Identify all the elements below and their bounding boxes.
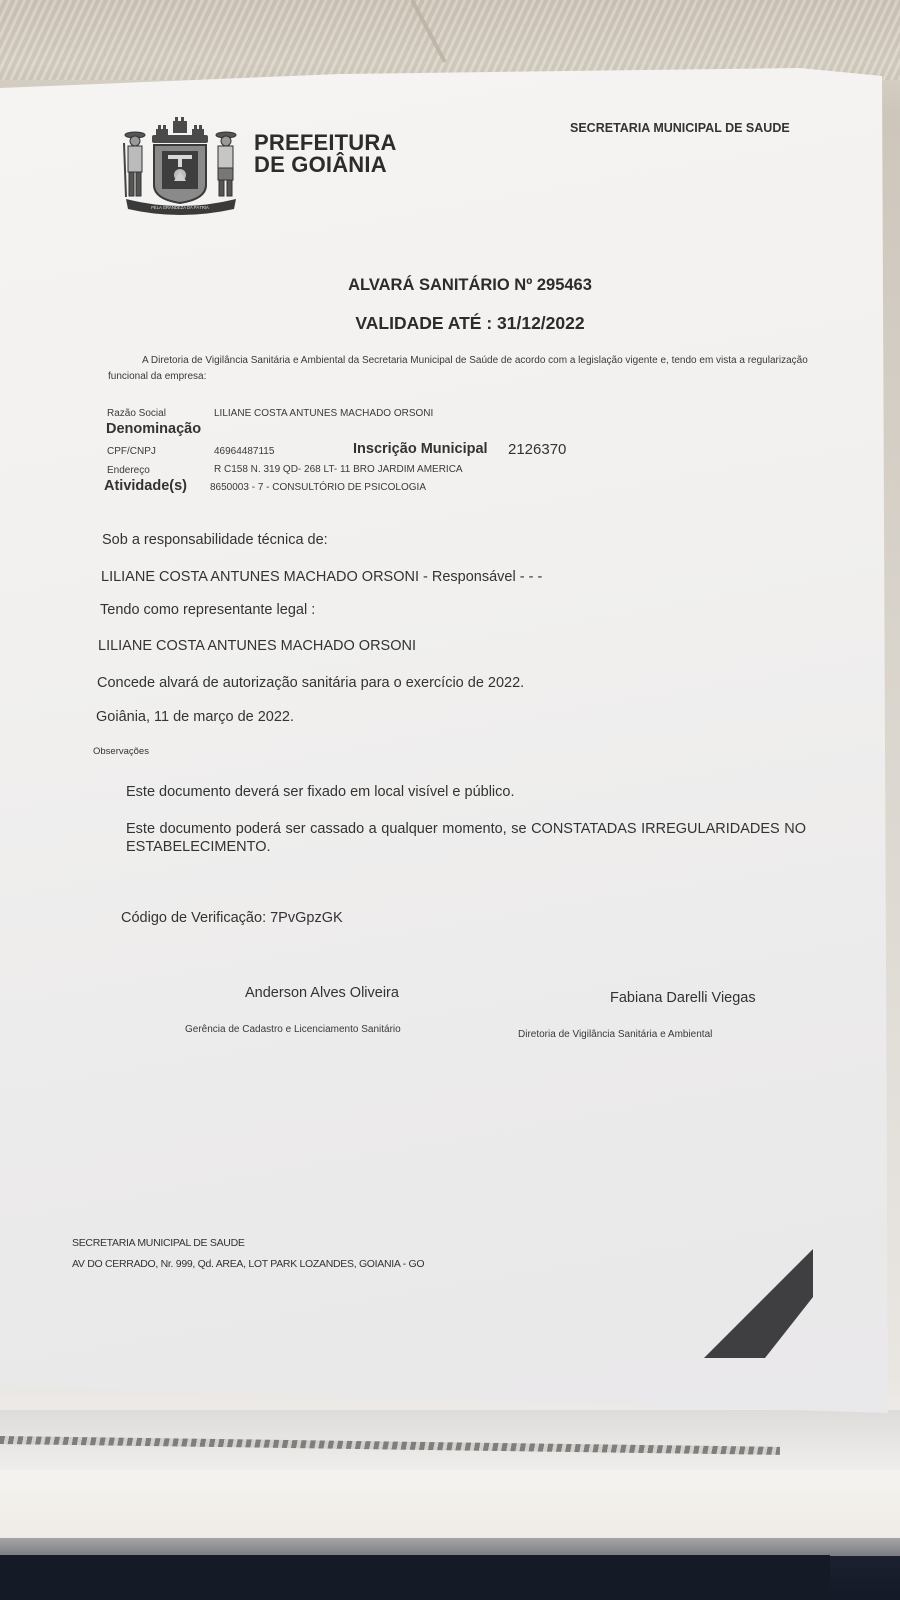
- atividades-value: 8650003 - 7 - CONSULTÓRIO DE PSICOLOGIA: [210, 482, 426, 493]
- signatory-role: Gerência de Cadastro e Licenciamento San…: [185, 1024, 401, 1035]
- svg-text:PELA GRANDEZA DA PÁTRIA: PELA GRANDEZA DA PÁTRIA: [151, 205, 209, 210]
- department-header: SECRETARIA MUNICIPAL DE SAUDE: [570, 121, 790, 135]
- razao-social-value: LILIANE COSTA ANTUNES MACHADO ORSONI: [214, 408, 433, 419]
- signatory-role: Diretoria de Vigilância Sanitária e Ambi…: [518, 1029, 712, 1040]
- observacao-item: Este documento deverá ser fixado em loca…: [126, 784, 514, 800]
- denominacao-label: Denominação: [106, 421, 201, 437]
- intro-paragraph: A Diretoria de Vigilância Sanitária e Am…: [108, 353, 808, 385]
- representante-label: Tendo como representante legal :: [100, 602, 315, 618]
- representante-legal: LILIANE COSTA ANTUNES MACHADO ORSONI: [98, 638, 416, 654]
- permit-title: ALVARÁ SANITÁRIO Nº 295463: [0, 276, 900, 295]
- inscricao-municipal-label: Inscrição Municipal: [353, 441, 488, 457]
- cpf-cnpj-label: CPF/CNPJ: [107, 446, 156, 457]
- inscricao-municipal-value: 2126370: [508, 441, 566, 458]
- footer-department: SECRETARIA MUNICIPAL DE SAUDE: [72, 1237, 245, 1249]
- signatory-name: Fabiana Darelli Viegas: [610, 990, 756, 1006]
- concessao-text: Concede alvará de autorização sanitária …: [97, 675, 524, 691]
- atividades-label: Atividade(s): [104, 478, 187, 494]
- verification-code: Código de Verificação: 7PvGpzGK: [121, 910, 343, 926]
- cpf-cnpj-value: 46964487115: [214, 446, 274, 457]
- brand-name: PREFEITURA DE GOIÂNIA: [254, 132, 397, 176]
- local-data: Goiânia, 11 de março de 2022.: [96, 709, 294, 725]
- brand-line-2: DE GOIÂNIA: [254, 154, 397, 176]
- responsabilidade-label: Sob a responsabilidade técnica de:: [102, 532, 328, 548]
- permit-validity: VALIDADE ATÉ : 31/12/2022: [0, 313, 900, 334]
- signatory-name: Anderson Alves Oliveira: [245, 985, 399, 1001]
- observacao-item: Este documento poderá ser cassado a qual…: [126, 820, 806, 856]
- observacoes-label: Observações: [93, 746, 149, 757]
- sanitary-permit-document: PELA GRANDEZA DA PÁTRIA PREFEITURA DE GO…: [0, 0, 900, 1600]
- responsavel-tecnico: LILIANE COSTA ANTUNES MACHADO ORSONI - R…: [101, 569, 542, 585]
- endereco-value: R C158 N. 319 QD- 268 LT- 11 BRO JARDIM …: [214, 464, 463, 475]
- corner-mark-icon: [700, 1245, 820, 1365]
- footer-address: AV DO CERRADO, Nr. 999, Qd. AREA, LOT PA…: [72, 1258, 424, 1270]
- endereco-label: Endereço: [107, 465, 150, 476]
- goiania-crest-icon: PELA GRANDEZA DA PÁTRIA: [118, 113, 242, 215]
- razao-social-label: Razão Social: [107, 408, 166, 419]
- brand-line-1: PREFEITURA: [254, 132, 397, 154]
